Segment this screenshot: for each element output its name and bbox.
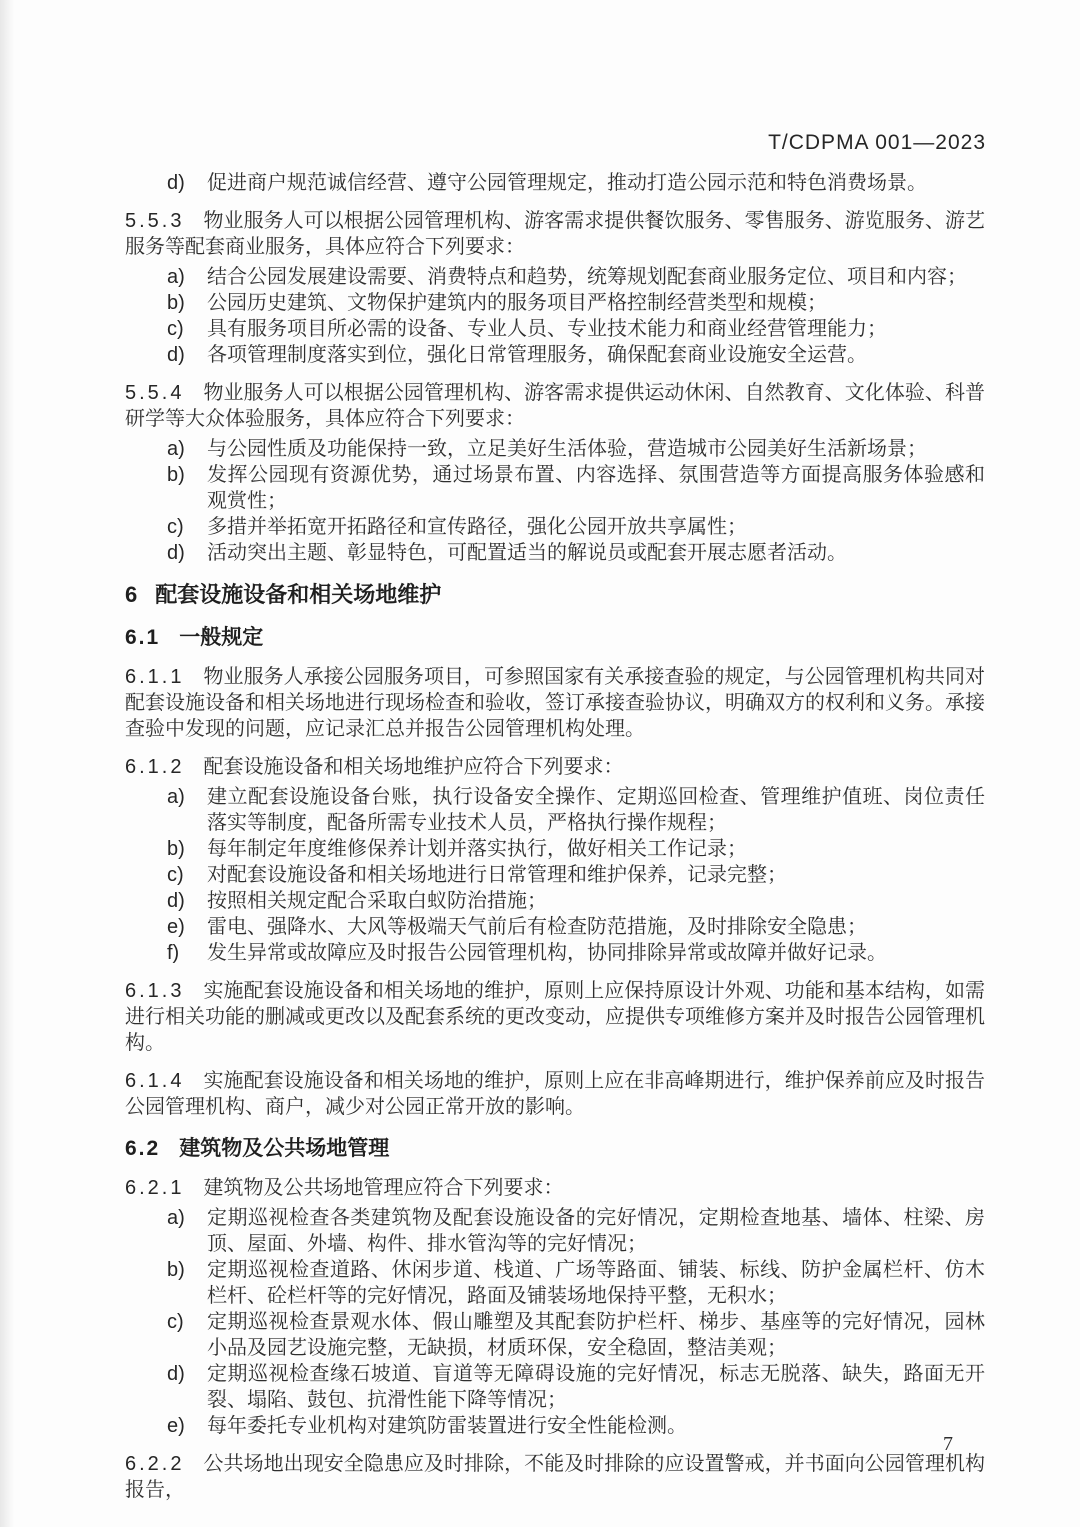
clause-text: 实施配套设施设备和相关场地的维护，原则上应保持原设计外观、功能和基本结构，如需进… xyxy=(125,980,985,1054)
list-item: f) 发生异常或故障应及时报告公园管理机构，协同排除异常或故障并做好记录。 xyxy=(167,940,985,966)
list-item-text: 定期巡视检查缘石坡道、盲道等无障碍设施的完好情况，标志无脱落、缺失，路面无开裂、… xyxy=(207,1361,985,1413)
subsection-heading: 6.2建筑物及公共场地管理 xyxy=(125,1134,985,1163)
clause: 6.1.2配套设施设备和相关场地维护应符合下列要求： xyxy=(125,754,985,780)
list-item-text: 建立配套设施设备台账，执行设备安全操作、定期巡回检查、管理维护值班、岗位责任落实… xyxy=(207,784,985,836)
list-item-text: 对配套设施设备和相关场地进行日常管理和维护保养，记录完整； xyxy=(207,862,985,888)
clause: 5.5.3物业服务人可以根据公园管理机构、游客需求提供餐饮服务、零售服务、游览服… xyxy=(125,208,985,260)
clause-text: 物业服务人承接公园服务项目，可参照国家有关承接查验的规定，与公园管理机构共同对配… xyxy=(125,666,985,740)
list-item-text: 每年委托专业机构对建筑防雷装置进行安全性能检测。 xyxy=(207,1413,985,1439)
clause: 6.1.3实施配套设施设备和相关场地的维护，原则上应保持原设计外观、功能和基本结… xyxy=(125,978,985,1056)
list-item-label: d) xyxy=(167,1361,207,1413)
clause-text: 物业服务人可以根据公园管理机构、游客需求提供餐饮服务、零售服务、游览服务、游艺服… xyxy=(125,210,985,258)
document-page: T/CDPMA 001—2023 d) 促进商户规范诚信经营、遵守公园管理规定，… xyxy=(0,0,1080,1527)
clause: 6.1.1物业服务人承接公园服务项目，可参照国家有关承接查验的规定，与公园管理机… xyxy=(125,664,985,742)
clause-text: 物业服务人可以根据公园管理机构、游客需求提供运动休闲、自然教育、文化体验、科普研… xyxy=(125,382,985,430)
page-number: 7 xyxy=(943,1433,953,1456)
list-item-label: e) xyxy=(167,914,207,940)
list-item-label: b) xyxy=(167,836,207,862)
list-item: d) 促进商户规范诚信经营、遵守公园管理规定，推动打造公园示范和特色消费场景。 xyxy=(125,170,985,196)
list-item-text: 定期巡视检查各类建筑物及配套设施设备的完好情况，定期检查地基、墙体、柱梁、房顶、… xyxy=(207,1205,985,1257)
list-item-text: 发生异常或故障应及时报告公园管理机构，协同排除异常或故障并做好记录。 xyxy=(207,940,985,966)
list-item: c) 对配套设施设备和相关场地进行日常管理和维护保养，记录完整； xyxy=(167,862,985,888)
list-item-label: b) xyxy=(167,1257,207,1309)
list-item-text: 多措并举拓宽开拓路径和宣传路径，强化公园开放共享属性； xyxy=(207,514,985,540)
clause-number: 6.1.3 xyxy=(125,980,184,1002)
list-item: e) 雷电、强降水、大风等极端天气前后有检查防范措施，及时排除安全隐患； xyxy=(167,914,985,940)
clause: 6.1.4实施配套设施设备和相关场地的维护，原则上应在非高峰期进行，维护保养前应… xyxy=(125,1068,985,1120)
list-item: a) 定期巡视检查各类建筑物及配套设施设备的完好情况，定期检查地基、墙体、柱梁、… xyxy=(167,1205,985,1257)
heading-title: 建筑物及公共场地管理 xyxy=(179,1137,389,1160)
list-item-label: d) xyxy=(167,342,207,368)
clause-number: 5.5.4 xyxy=(125,382,184,404)
list-item: d) 活动突出主题、彰显特色，可配置适当的解说员或配套开展志愿者活动。 xyxy=(167,540,985,566)
list-item-label: e) xyxy=(167,1413,207,1439)
clause-text: 配套设施设备和相关场地维护应符合下列要求： xyxy=(203,756,623,778)
list-item-text: 按照相关规定配合采取白蚁防治措施； xyxy=(207,888,985,914)
list-item-label: b) xyxy=(167,290,207,316)
list-item-text: 各项管理制度落实到位，强化日常管理服务，确保配套商业设施安全运营。 xyxy=(207,342,985,368)
heading-title: 配套设施设备和相关场地维护 xyxy=(155,582,441,607)
list-item: a) 与公园性质及功能保持一致，立足美好生活体验，营造城市公园美好生活新场景； xyxy=(167,436,985,462)
list-item-text: 活动突出主题、彰显特色，可配置适当的解说员或配套开展志愿者活动。 xyxy=(207,540,985,566)
clause: 6.2.2公共场地出现安全隐患应及时排除，不能及时排除的应设置警戒，并书面向公园… xyxy=(125,1451,985,1503)
list-item-label: c) xyxy=(167,1309,207,1361)
clause-number: 5.5.3 xyxy=(125,210,184,232)
heading-number: 6.1 xyxy=(125,626,160,649)
list-item-text: 结合公园发展建设需要、消费特点和趋势，统筹规划配套商业服务定位、项目和内容； xyxy=(207,264,985,290)
heading-number: 6 xyxy=(125,582,139,607)
list-item-label: a) xyxy=(167,784,207,836)
list-item-text: 具有服务项目所必需的设备、专业人员、专业技术能力和商业经营管理能力； xyxy=(207,316,985,342)
list-item: d) 定期巡视检查缘石坡道、盲道等无障碍设施的完好情况，标志无脱落、缺失，路面无… xyxy=(167,1361,985,1413)
clause-number: 6.2.2 xyxy=(125,1453,184,1475)
list-item: b) 定期巡视检查道路、休闲步道、栈道、广场等路面、铺装、标线、防护金属栏杆、仿… xyxy=(167,1257,985,1309)
list-item-text: 雷电、强降水、大风等极端天气前后有检查防范措施，及时排除安全隐患； xyxy=(207,914,985,940)
clause-text: 实施配套设施设备和相关场地的维护，原则上应在非高峰期进行，维护保养前应及时报告公… xyxy=(125,1070,985,1118)
clause-text: 公共场地出现安全隐患应及时排除，不能及时排除的应设置警戒，并书面向公园管理机构报… xyxy=(125,1453,985,1501)
clause-number: 6.1.4 xyxy=(125,1070,184,1092)
list-item-text: 发挥公园现有资源优势，通过场景布置、内容选择、氛围营造等方面提高服务体验感和观赏… xyxy=(207,462,985,514)
list-item: a) 结合公园发展建设需要、消费特点和趋势，统筹规划配套商业服务定位、项目和内容… xyxy=(167,264,985,290)
list-item-text: 每年制定年度维修保养计划并落实执行，做好相关工作记录； xyxy=(207,836,985,862)
list-item: b) 发挥公园现有资源优势，通过场景布置、内容选择、氛围营造等方面提高服务体验感… xyxy=(167,462,985,514)
list-item: b) 每年制定年度维修保养计划并落实执行，做好相关工作记录； xyxy=(167,836,985,862)
heading-number: 6.2 xyxy=(125,1137,160,1160)
list-item-text: 定期巡视检查景观水体、假山雕塑及其配套防护栏杆、梯步、基座等的完好情况，园林小品… xyxy=(207,1309,985,1361)
ordered-list: a) 结合公园发展建设需要、消费特点和趋势，统筹规划配套商业服务定位、项目和内容… xyxy=(125,264,985,368)
list-item-label: c) xyxy=(167,316,207,342)
clause-number: 6.2.1 xyxy=(125,1177,184,1199)
clause-number: 6.1.1 xyxy=(125,666,184,688)
list-item-label: d) xyxy=(167,170,207,196)
list-item-label: f) xyxy=(167,940,207,966)
list-item-label: a) xyxy=(167,1205,207,1257)
list-item: c) 具有服务项目所必需的设备、专业人员、专业技术能力和商业经营管理能力； xyxy=(167,316,985,342)
clause-number: 6.1.2 xyxy=(125,756,184,778)
standard-reference-number: T/CDPMA 001—2023 xyxy=(768,131,986,155)
subsection-heading: 6.1一般规定 xyxy=(125,623,985,652)
list-item-text: 与公园性质及功能保持一致，立足美好生活体验，营造城市公园美好生活新场景； xyxy=(207,436,985,462)
clause: 5.5.4物业服务人可以根据公园管理机构、游客需求提供运动休闲、自然教育、文化体… xyxy=(125,380,985,432)
list-item: c) 定期巡视检查景观水体、假山雕塑及其配套防护栏杆、梯步、基座等的完好情况，园… xyxy=(167,1309,985,1361)
clause-text: 建筑物及公共场地管理应符合下列要求： xyxy=(203,1177,563,1199)
list-item-label: d) xyxy=(167,540,207,566)
list-item-text: 公园历史建筑、文物保护建筑内的服务项目严格控制经营类型和规模； xyxy=(207,290,985,316)
ordered-list: a) 定期巡视检查各类建筑物及配套设施设备的完好情况，定期检查地基、墙体、柱梁、… xyxy=(125,1205,985,1439)
list-item-label: b) xyxy=(167,462,207,514)
list-item: d) 按照相关规定配合采取白蚁防治措施； xyxy=(167,888,985,914)
list-item: b) 公园历史建筑、文物保护建筑内的服务项目严格控制经营类型和规模； xyxy=(167,290,985,316)
list-item-label: a) xyxy=(167,264,207,290)
list-item: c) 多措并举拓宽开拓路径和宣传路径，强化公园开放共享属性； xyxy=(167,514,985,540)
list-item: a) 建立配套设施设备台账，执行设备安全操作、定期巡回检查、管理维护值班、岗位责… xyxy=(167,784,985,836)
list-item-text: 定期巡视检查道路、休闲步道、栈道、广场等路面、铺装、标线、防护金属栏杆、仿木栏杆… xyxy=(207,1257,985,1309)
list-item-label: c) xyxy=(167,862,207,888)
heading-title: 一般规定 xyxy=(179,626,263,649)
list-item: d) 各项管理制度落实到位，强化日常管理服务，确保配套商业设施安全运营。 xyxy=(167,342,985,368)
section-heading: 6配套设施设备和相关场地维护 xyxy=(125,580,985,609)
list-item: e) 每年委托专业机构对建筑防雷装置进行安全性能检测。 xyxy=(167,1413,985,1439)
list-item-label: c) xyxy=(167,514,207,540)
document-body: d) 促进商户规范诚信经营、遵守公园管理规定，推动打造公园示范和特色消费场景。 … xyxy=(125,170,985,1503)
list-item-label: d) xyxy=(167,888,207,914)
ordered-list: a) 建立配套设施设备台账，执行设备安全操作、定期巡回检查、管理维护值班、岗位责… xyxy=(125,784,985,966)
ordered-list: a) 与公园性质及功能保持一致，立足美好生活体验，营造城市公园美好生活新场景； … xyxy=(125,436,985,566)
list-item-text: 促进商户规范诚信经营、遵守公园管理规定，推动打造公园示范和特色消费场景。 xyxy=(207,170,985,196)
clause: 6.2.1建筑物及公共场地管理应符合下列要求： xyxy=(125,1175,985,1201)
list-item-label: a) xyxy=(167,436,207,462)
